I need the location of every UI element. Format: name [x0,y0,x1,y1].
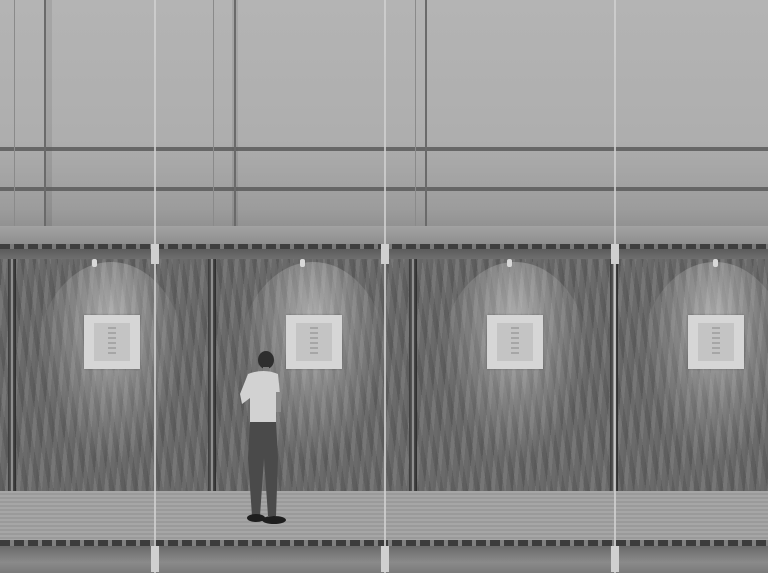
wall-joint [234,0,236,228]
panel-seam-highlight [11,259,13,491]
framed-print [286,315,342,369]
suspension-rod [614,0,616,573]
wall-joint [425,0,427,228]
suspension-rod [384,0,386,573]
spotlight-fixture [92,259,97,267]
rod-clamp [611,244,619,264]
panel-seam-highlight [412,259,414,491]
rod-clamp [611,546,619,572]
panel-seam-highlight [211,259,213,491]
spotlight-fixture [300,259,305,267]
rod-clamp [151,546,159,572]
rod-clamp [381,546,389,572]
wall-joint [415,0,416,228]
rod-clamp [151,244,159,264]
rod-clamp [381,244,389,264]
wall-joint [14,0,15,228]
gallery-photo [0,0,768,573]
spotlight-fixture [507,259,512,267]
framed-print [84,315,140,369]
man-viewing-art [236,348,292,526]
spotlight-fixture [713,259,718,267]
wall-joint [44,0,46,228]
wall-joint [213,0,214,228]
framed-print [688,315,744,369]
suspension-rod [154,0,156,573]
framed-print [487,315,543,369]
